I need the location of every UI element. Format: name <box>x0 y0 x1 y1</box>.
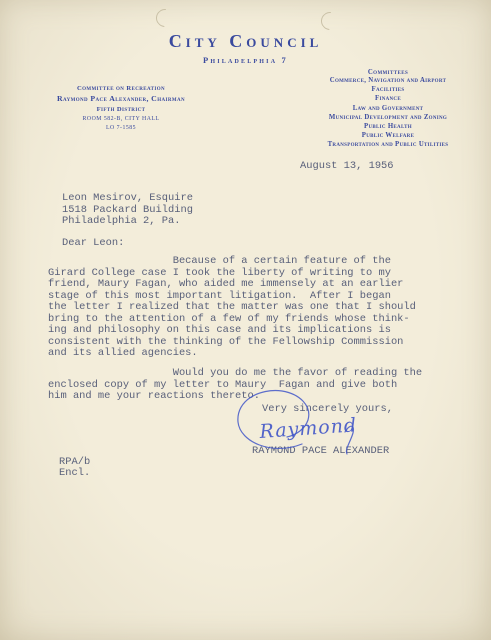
handwritten-signature: Raymond <box>232 386 402 456</box>
committee-name: Committee on Recreation <box>26 85 216 92</box>
body-paragraph-1: Because of a certain feature of the Gira… <box>48 256 416 360</box>
date-line: August 13, 1956 <box>300 161 394 173</box>
room-line: Room 582-B, City Hall <box>26 116 216 122</box>
committees-list: Commerce, Navigation and Airport Facilit… <box>290 76 486 150</box>
salutation: Dear Leon: <box>62 238 124 250</box>
phone-line: LO 7-1585 <box>26 125 216 131</box>
committees-heading: Committees <box>290 69 486 76</box>
enclosure-note: Encl. <box>59 468 90 480</box>
letterhead-subtitle: Philadelphia 7 <box>0 55 491 65</box>
signature-script: Raymond <box>258 414 358 443</box>
district-line: Fifth District <box>26 106 216 113</box>
punch-hole-right <box>317 8 342 33</box>
chairman-name: Raymond Pace Alexander, Chairman <box>26 94 216 103</box>
letterhead-title: City Council <box>0 31 491 52</box>
recipient-address: Leon Mesirov, Esquire 1518 Packard Build… <box>62 193 193 228</box>
punch-hole-left <box>152 5 177 30</box>
letterhead-right-block: Committees Commerce, Navigation and Airp… <box>290 69 486 150</box>
letter-page: City Council Philadelphia 7 Committee on… <box>0 0 491 640</box>
letterhead-left-block: Committee on Recreation Raymond Pace Ale… <box>26 85 216 131</box>
